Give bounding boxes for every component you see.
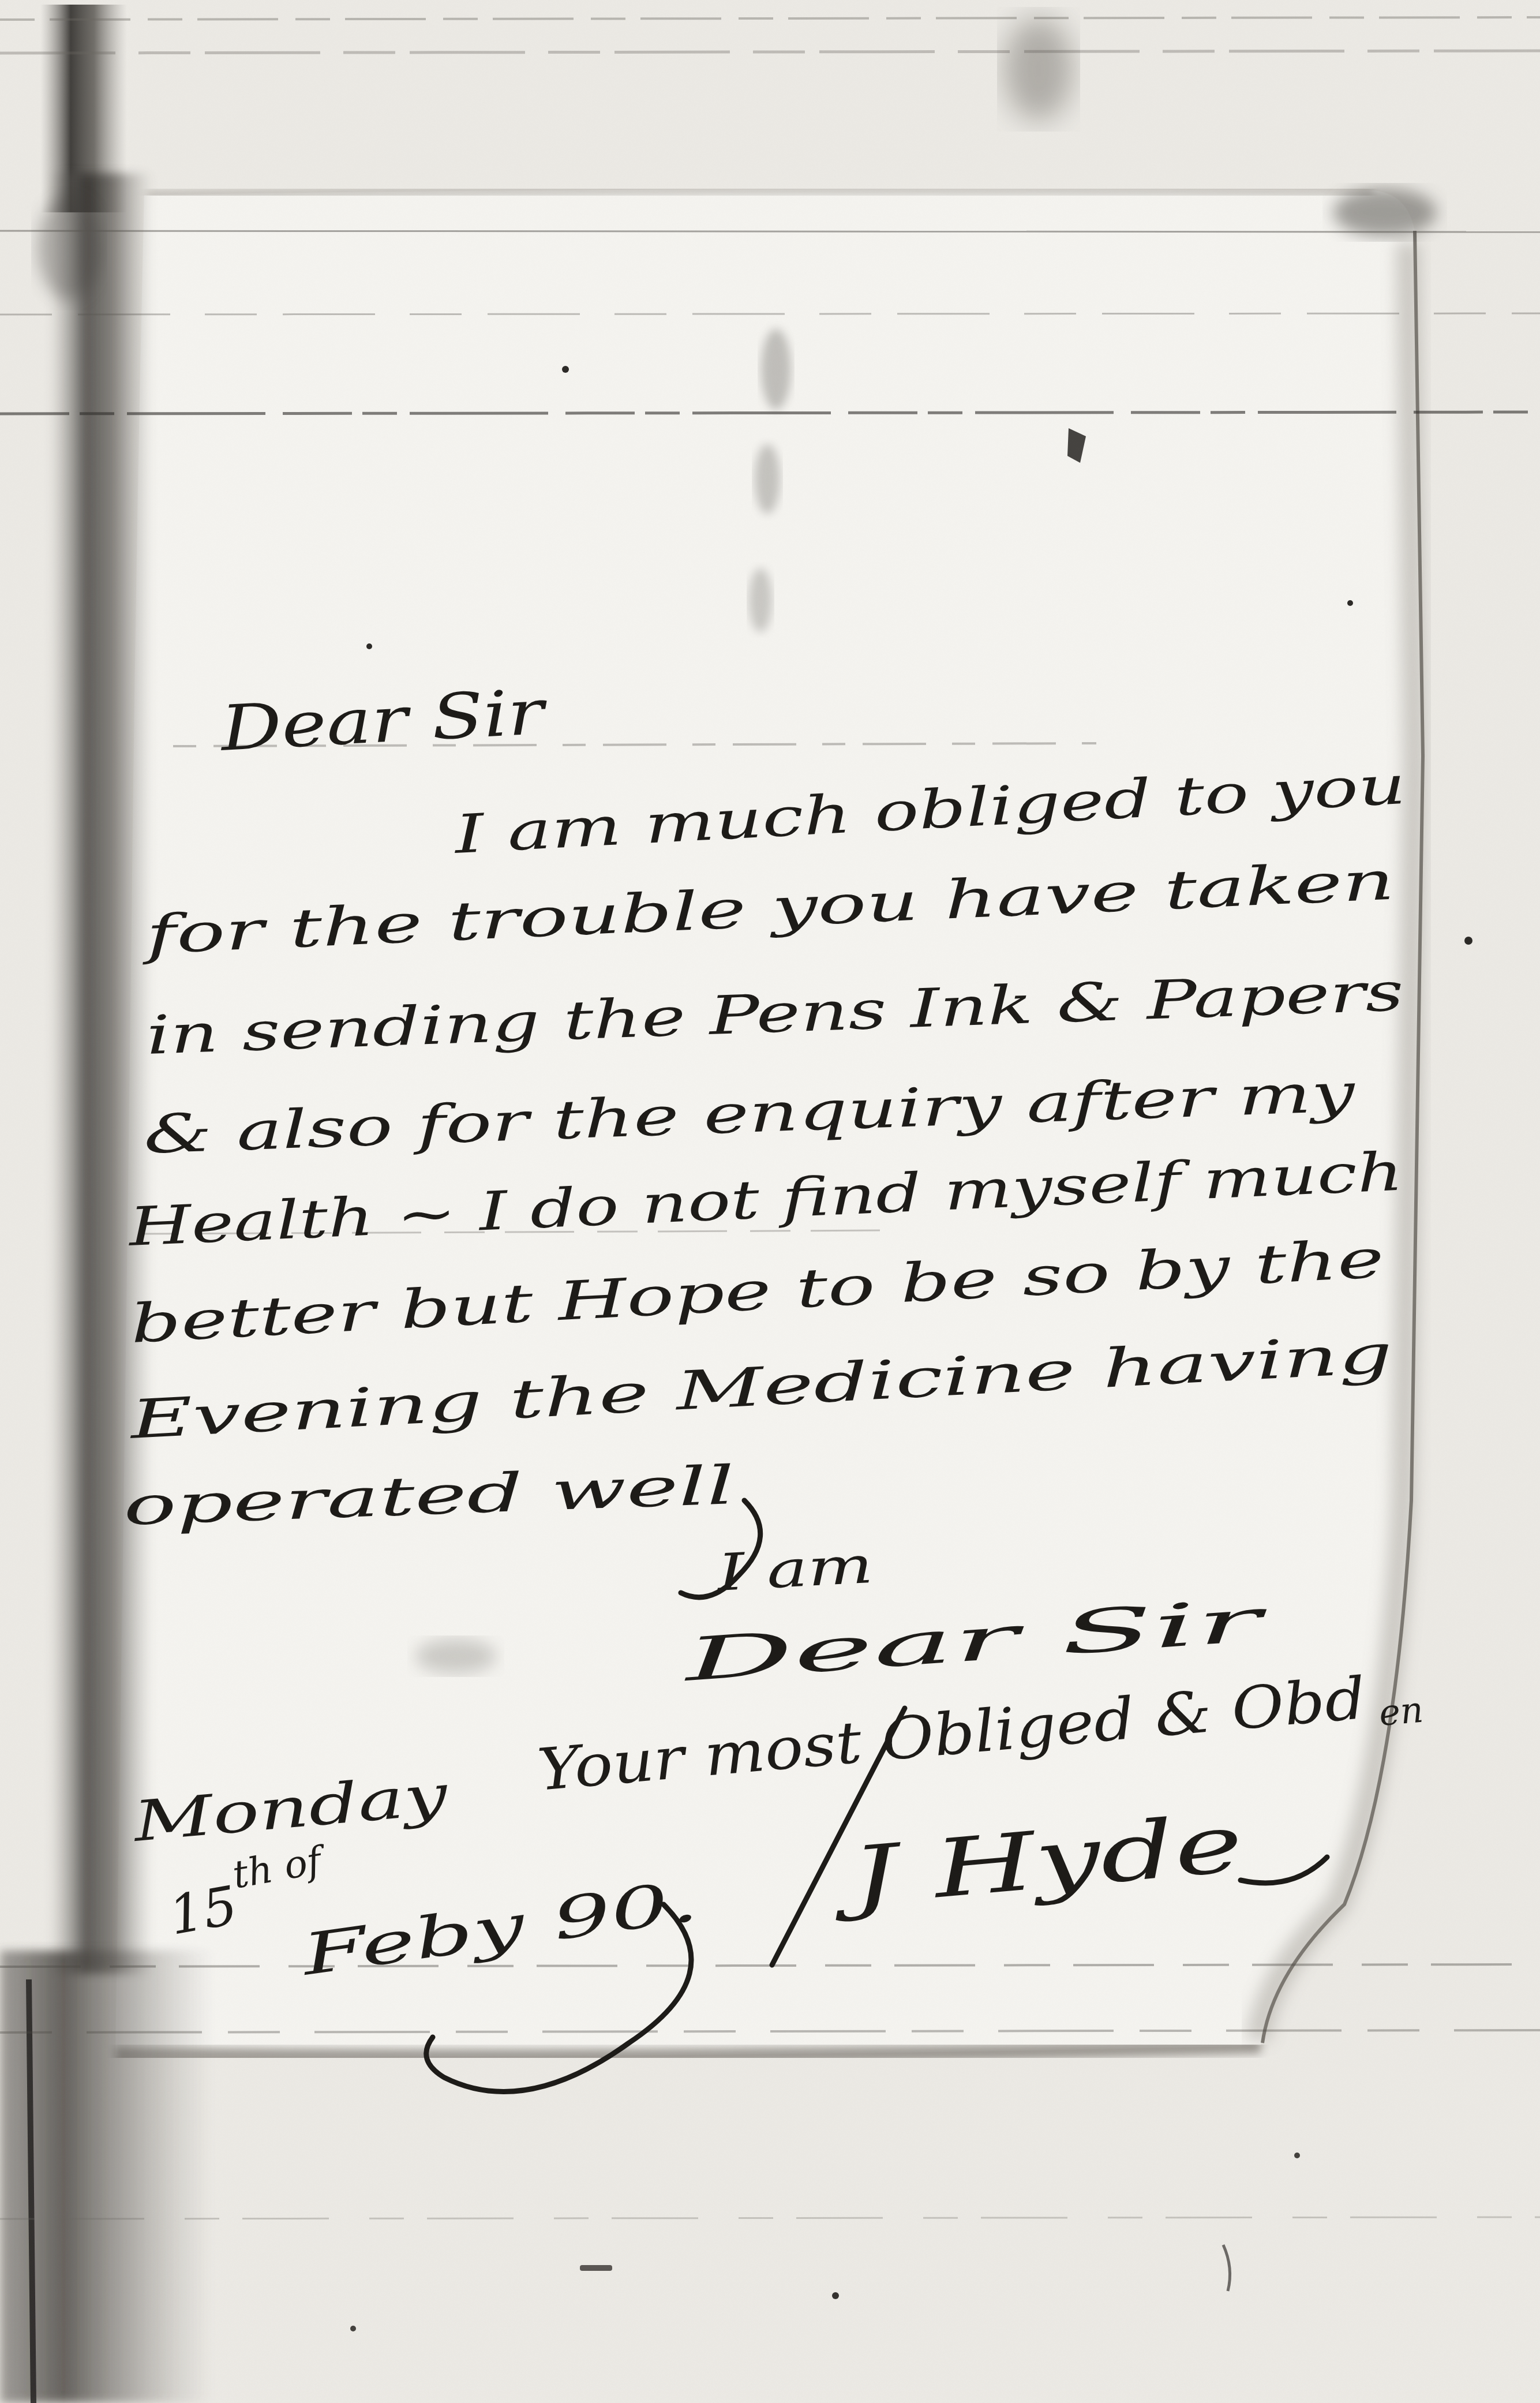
letter-scan-canvas: Dear Sir I am much obliged to you for th… [0,0,1540,2403]
scanned-letter-page: Dear Sir I am much obliged to you for th… [0,0,1540,2403]
scan-grain-overlay [0,0,1540,2403]
